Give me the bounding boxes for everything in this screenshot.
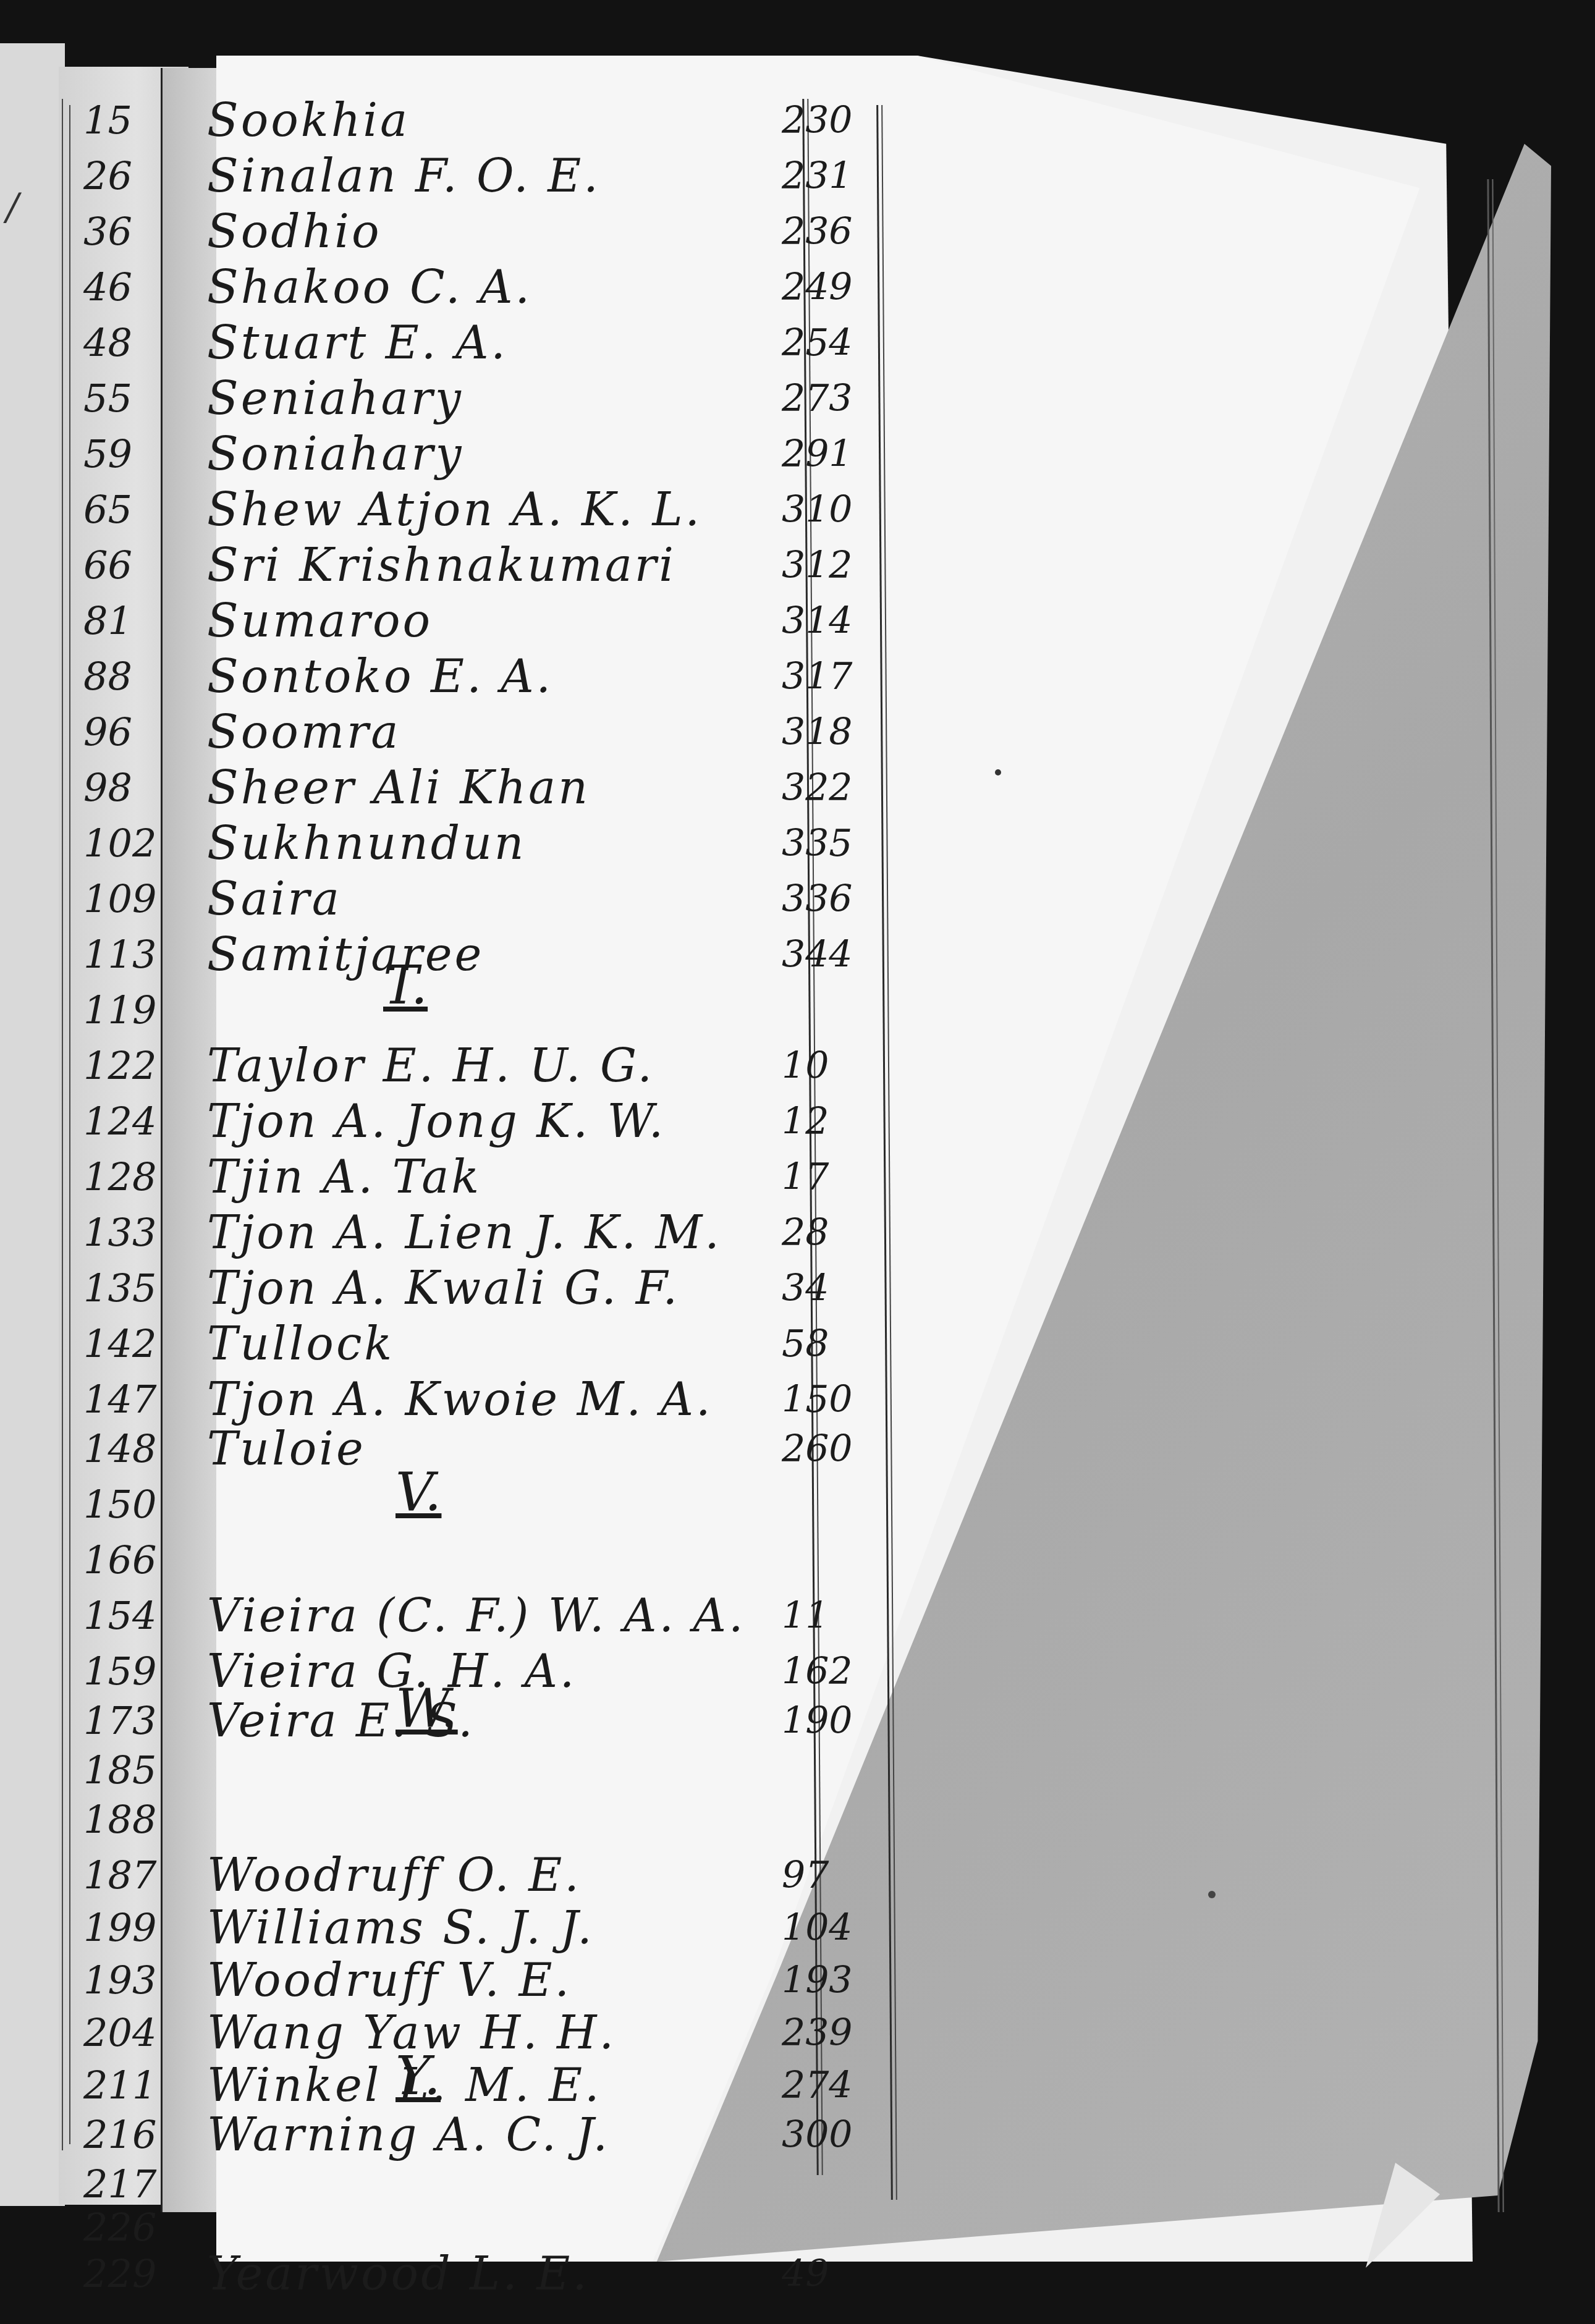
folio-number: 59	[83, 426, 158, 482]
folio-number: 81	[83, 593, 158, 649]
entry-name: Soniahary	[207, 426, 464, 482]
register-row: 193Woodruff V. E.193	[0, 1953, 896, 2008]
folio-number: 88	[83, 649, 158, 704]
page-reference: 17	[782, 1149, 887, 1205]
entry-name: Tjon A. Kwali G. F.	[207, 1261, 680, 1316]
page-reference: 193	[782, 1953, 887, 2008]
section-letter-t: T.	[383, 955, 428, 1016]
section-letter-y: Y.	[396, 2045, 441, 2107]
page-reference: 28	[782, 1205, 887, 1261]
page-reference: 254	[782, 315, 887, 371]
register-row: 119	[0, 982, 896, 1038]
register-row: 124Tjon A. Jong K. W.12	[0, 1094, 896, 1149]
register-row: 109Saira336	[0, 871, 896, 927]
register-row: 122Taylor E. H. U. G.10	[0, 1038, 896, 1094]
entry-name: Tjon A. Lien J. K. M.	[207, 1205, 722, 1261]
folio-number: 211	[83, 2058, 158, 2113]
page-reference: 335	[782, 816, 887, 871]
folio-number: 55	[83, 371, 158, 426]
page-reference: 260	[782, 1421, 887, 1477]
page-reference: 12	[782, 1094, 887, 1149]
folio-number: 48	[83, 315, 158, 371]
folio-number: 96	[83, 704, 158, 760]
section-letter-v: V.	[396, 1461, 441, 1523]
register-row: 48Stuart E. A.254	[0, 315, 896, 371]
register-row: 133Tjon A. Lien J. K. M.28	[0, 1205, 896, 1261]
entry-name: Soomra	[207, 704, 400, 760]
entry-name: Tuloie	[207, 1421, 366, 1477]
page-reference: 344	[782, 927, 887, 982]
folio-number: 188	[83, 1792, 158, 1848]
register-row: 135Tjon A. Kwali G. F.34	[0, 1261, 896, 1316]
entry-name: Sinalan F. O. E.	[207, 148, 601, 204]
folio-number: 109	[83, 871, 158, 927]
register-row: 204Wang Yaw H. H.239	[0, 2005, 896, 2061]
register-row: 148Tuloie260	[0, 1421, 896, 1477]
page-reference: 273	[782, 371, 887, 426]
register-row: 166	[0, 1532, 896, 1588]
entry-name: Yearwood L. E.	[207, 2246, 590, 2302]
folio-number: 26	[83, 148, 158, 204]
register-row: 188	[0, 1792, 896, 1848]
page-reference: 104	[782, 1900, 887, 1956]
entry-name: Sookhia	[207, 93, 410, 148]
entry-name: Sri Krishnakumari	[207, 538, 676, 593]
folio-number: 193	[83, 1953, 158, 2008]
folio-number: 119	[83, 982, 158, 1038]
entry-name: Taylor E. H. U. G.	[207, 1038, 654, 1094]
entry-name: Tjon A. Kwoie M. A.	[207, 1372, 713, 1427]
folio-number: 187	[83, 1848, 158, 1903]
page-reference: 239	[782, 2005, 887, 2061]
folio-number: 159	[83, 1644, 158, 1699]
entry-name: Shew Atjon A. K. L.	[207, 482, 702, 538]
entry-name: Sontoko E. A.	[207, 649, 553, 704]
folio-number: 166	[83, 1532, 158, 1588]
entry-name: Vieira G. H. A.	[207, 1644, 577, 1699]
page-reference: 58	[782, 1316, 887, 1372]
register-row: 102Sukhnundun335	[0, 816, 896, 871]
page-reference: 336	[782, 871, 887, 927]
folio-number: 133	[83, 1205, 158, 1261]
folio-number: 128	[83, 1149, 158, 1205]
register-row: 65Shew Atjon A. K. L.310	[0, 482, 896, 538]
folio-number: 150	[83, 1477, 158, 1532]
page-reference: 249	[782, 260, 887, 315]
page-reference: 10	[782, 1038, 887, 1094]
page-reference: 300	[782, 2107, 887, 2163]
folio-number: 46	[83, 260, 158, 315]
page-reference: 230	[782, 93, 887, 148]
register-row: 113Samitjaree344	[0, 927, 896, 982]
entry-name: Woodruff O. E.	[207, 1848, 582, 1903]
folio-number: 135	[83, 1261, 158, 1316]
register-row: 199Williams S. J. J.104	[0, 1900, 896, 1956]
folio-number: 199	[83, 1900, 158, 1956]
page-reference: 190	[782, 1693, 887, 1749]
register-row: 88Sontoko E. A.317	[0, 649, 896, 704]
folio-number: 148	[83, 1421, 158, 1477]
folio-number: 229	[83, 2246, 158, 2302]
page-reference: 49	[782, 2246, 887, 2302]
page-reference: 322	[782, 760, 887, 816]
page-reference: 314	[782, 593, 887, 649]
register-row: 154Vieira (C. F.) W. A. A.11	[0, 1588, 896, 1644]
page-reference: 312	[782, 538, 887, 593]
entry-name: Tjon A. Jong K. W.	[207, 1094, 666, 1149]
page-reference: 310	[782, 482, 887, 538]
entry-name: Sodhio	[207, 204, 382, 260]
register-row: 98Sheer Ali Khan322	[0, 760, 896, 816]
register-row: 211Winkel L. M. E.274	[0, 2058, 896, 2113]
entry-name: Samitjaree	[207, 927, 484, 982]
entry-name: Stuart E. A.	[207, 315, 508, 371]
entry-name: Sumaroo	[207, 593, 433, 649]
entry-name: Saira	[207, 871, 342, 927]
folio-number: 142	[83, 1316, 158, 1372]
register-row: 96Soomra318	[0, 704, 896, 760]
page-reference: 231	[782, 148, 887, 204]
page-reference: 291	[782, 426, 887, 482]
entry-name: Shakoo C. A.	[207, 260, 532, 315]
page-reference: 97	[782, 1848, 887, 1903]
page-reference: 318	[782, 704, 887, 760]
folio-number: 98	[83, 760, 158, 816]
register-row: 142Tullock58	[0, 1316, 896, 1372]
section-letter-w: W.	[396, 1678, 458, 1739]
page-reference: 274	[782, 2058, 887, 2113]
page-reference: 11	[782, 1588, 887, 1644]
register-row: 66Sri Krishnakumari312	[0, 538, 896, 593]
entry-name: Vieira (C. F.) W. A. A.	[207, 1588, 746, 1644]
folio-number: 66	[83, 538, 158, 593]
register-entries: 15Sookhia23026Sinalan F. O. E.23136Sodhi…	[0, 0, 1595, 2324]
entry-name: Warning A. C. J.	[207, 2107, 610, 2163]
entry-name: Tullock	[207, 1316, 394, 1372]
register-row: 55Seniahary273	[0, 371, 896, 426]
page-reference: 34	[782, 1261, 887, 1316]
register-row: 46Shakoo C. A.249	[0, 260, 896, 315]
folio-number: 102	[83, 816, 158, 871]
register-row: 185	[0, 1743, 896, 1798]
register-row: 15Sookhia230	[0, 93, 896, 148]
entry-name: Williams S. J. J.	[207, 1900, 594, 1956]
register-row: 26Sinalan F. O. E.231	[0, 148, 896, 204]
folio-number: 124	[83, 1094, 158, 1149]
folio-number: 15	[83, 93, 158, 148]
folio-number: 204	[83, 2005, 158, 2061]
entry-name: Seniahary	[207, 371, 463, 426]
folio-number: 113	[83, 927, 158, 982]
entry-name: Sheer Ali Khan	[207, 760, 590, 816]
register-row: 81Sumaroo314	[0, 593, 896, 649]
register-row: 216Warning A. C. J.300	[0, 2107, 896, 2163]
folio-number: 173	[83, 1693, 158, 1749]
folio-number: 185	[83, 1743, 158, 1798]
register-row: 128Tjin A. Tak17	[0, 1149, 896, 1205]
page-reference: 162	[782, 1644, 887, 1699]
folio-number: 216	[83, 2107, 158, 2163]
register-row: 59Soniahary291	[0, 426, 896, 482]
page-reference: 236	[782, 204, 887, 260]
folio-number: 36	[83, 204, 158, 260]
entry-name: Sukhnundun	[207, 816, 527, 871]
page-reference: 150	[782, 1372, 887, 1427]
register-row: 147Tjon A. Kwoie M. A.150	[0, 1372, 896, 1427]
register-row: 187Woodruff O. E.97	[0, 1848, 896, 1903]
entry-name: Tjin A. Tak	[207, 1149, 481, 1205]
folio-number: 147	[83, 1372, 158, 1427]
register-row: 36Sodhio236	[0, 204, 896, 260]
register-row: 229Yearwood L. E.49	[0, 2246, 896, 2302]
entry-name: Woodruff V. E.	[207, 1953, 572, 2008]
folio-number: 65	[83, 482, 158, 538]
register-row: 150	[0, 1477, 896, 1532]
folio-number: 154	[83, 1588, 158, 1644]
page-reference: 317	[782, 649, 887, 704]
folio-number: 122	[83, 1038, 158, 1094]
